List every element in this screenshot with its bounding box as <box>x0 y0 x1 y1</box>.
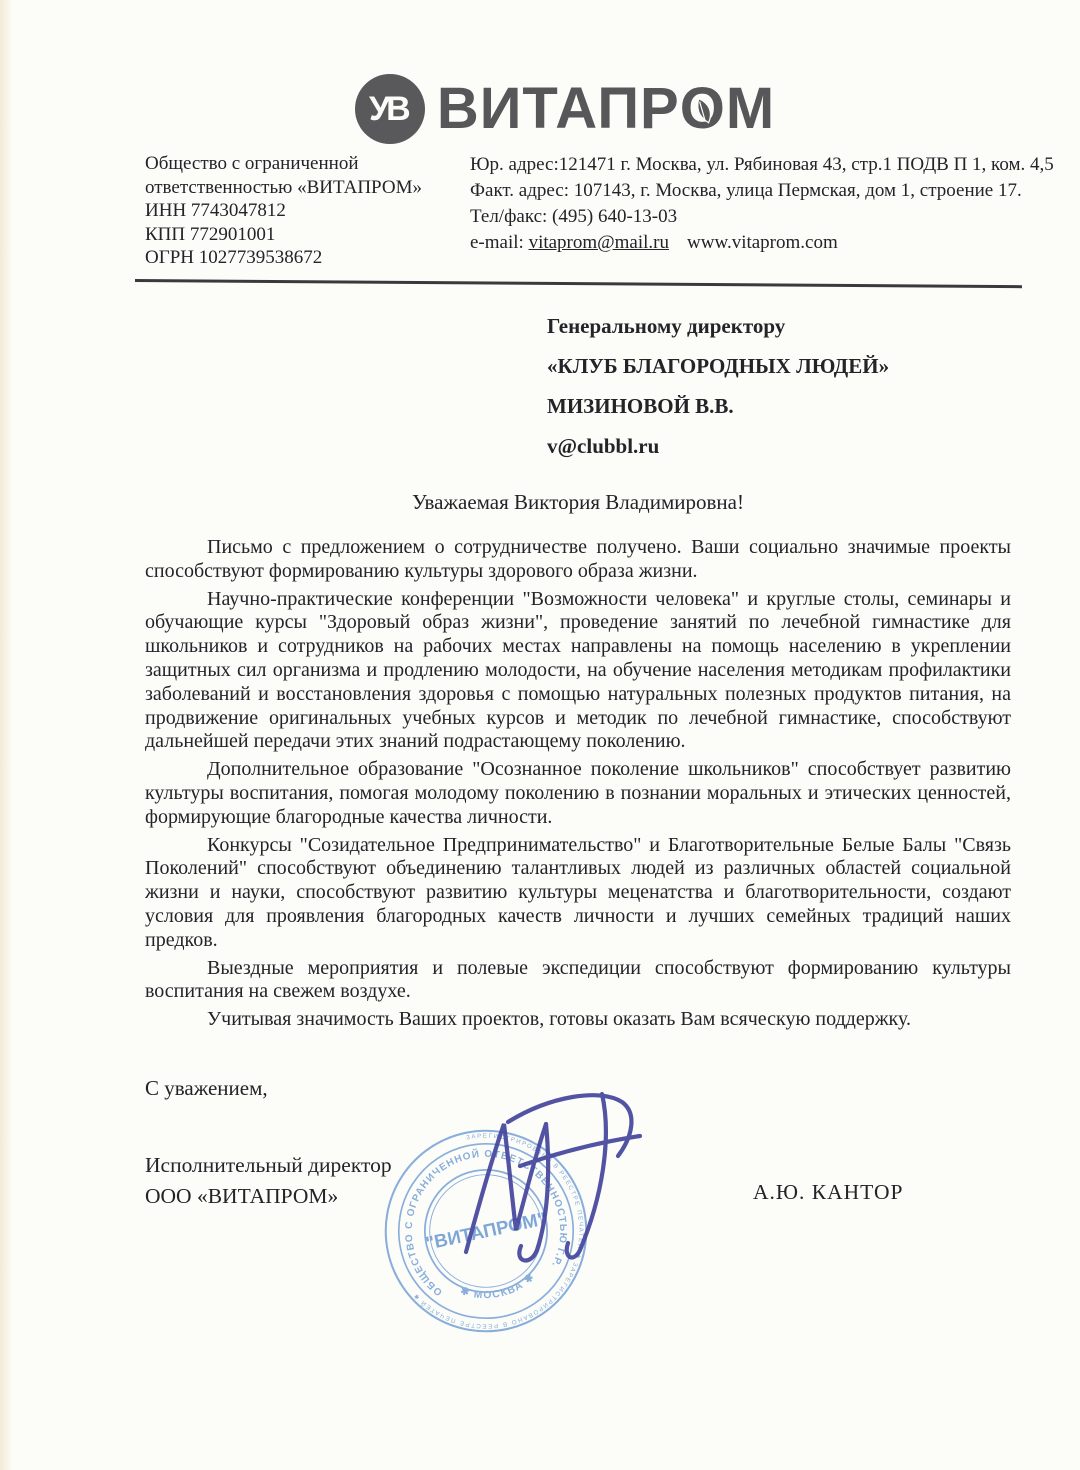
company-requisites: Общество с ограниченной ответственностью… <box>145 152 475 270</box>
recipient-name: МИЗИНОВОЙ В.В. <box>547 386 1017 426</box>
uv-monogram-icon: УВ <box>355 74 425 144</box>
letterhead: УВ ВИТАПРОМ <box>0 74 1080 144</box>
email-label: e-mail: <box>470 232 524 253</box>
legal-address: Юр. адрес:121471 г. Москва, ул. Рябинова… <box>470 152 1030 178</box>
signer-position: Исполнительный директор <box>145 1150 392 1181</box>
body-paragraph: Дополнительное образование "Осознанное п… <box>145 758 1011 829</box>
scan-edge <box>0 0 12 1470</box>
company-kpp: КПП 772901001 <box>145 223 475 247</box>
body-paragraph: Выездные мероприятия и полевые экспедици… <box>145 957 1011 1005</box>
logo-brand-post: М <box>726 76 775 141</box>
website-url: www.vitaprom.com <box>687 232 838 253</box>
scanned-letter-page: УВ ВИТАПРОМ Общество с ограниченной отве… <box>0 0 1080 1470</box>
logo-brand-o: О <box>680 74 726 144</box>
company-inn: ИНН 7743047812 <box>145 199 475 223</box>
phone-fax: Тел/факс: (495) 640-13-03 <box>470 204 1030 230</box>
body-paragraph: Научно-практические конференции "Возможн… <box>145 588 1011 755</box>
letter-body: Письмо с предложением о сотрудничестве п… <box>145 536 1011 1036</box>
email-line: e-mail: vitaprom@mail.ruwww.vitaprom.com <box>470 230 1030 256</box>
actual-address: Факт. адрес: 107143, г. Москва, улица Пе… <box>470 178 1030 204</box>
signature <box>450 1080 660 1280</box>
logo-brand-text: ВИТАПРОМ <box>437 74 775 144</box>
body-paragraph: Конкурсы "Созидательное Предпринимательс… <box>145 834 1011 953</box>
recipient-email: v@clubbl.ru <box>547 426 1017 466</box>
recipient-company: «КЛУБ БЛАГОРОДНЫХ ЛЮДЕЙ» <box>547 346 1017 386</box>
logo-brand-pre: ВИТАПР <box>437 76 680 141</box>
letterhead-divider <box>135 279 1022 288</box>
company-info-line: Общество с ограниченной <box>145 152 475 176</box>
body-paragraph: Учитывая значимость Ваших проектов, гото… <box>145 1008 1011 1032</box>
signer-title: Исполнительный директор ООО «ВИТАПРОМ» <box>145 1150 392 1212</box>
salutation: Уважаемая Виктория Владимировна! <box>145 490 1011 515</box>
signer-name: А.Ю. КАНТОР <box>753 1180 903 1205</box>
email-address: vitaprom@mail.ru <box>529 232 669 253</box>
closing-regards: С уважением, <box>145 1076 268 1101</box>
company-info-line: ответственностью «ВИТАПРОМ» <box>145 176 475 200</box>
recipient-position: Генеральному директору <box>547 306 1017 346</box>
company-ogrn: ОГРН 1027739538672 <box>145 246 475 270</box>
recipient-block: Генеральному директору «КЛУБ БЛАГОРОДНЫХ… <box>547 306 1017 466</box>
company-contacts: Юр. адрес:121471 г. Москва, ул. Рябинова… <box>470 152 1030 256</box>
company-logo: УВ ВИТАПРОМ <box>355 74 775 144</box>
body-paragraph: Письмо с предложением о сотрудничестве п… <box>145 536 1011 584</box>
signer-company: ООО «ВИТАПРОМ» <box>145 1181 392 1212</box>
